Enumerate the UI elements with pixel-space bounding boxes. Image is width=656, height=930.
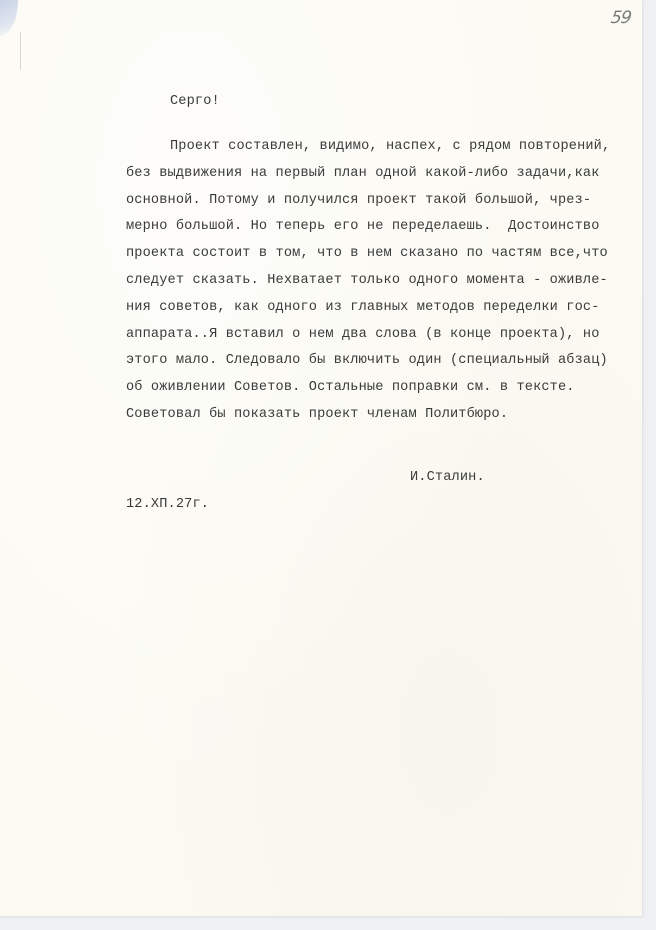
body-line: аппарата..Я вставил о нем два слова (в к… [126, 327, 600, 343]
body-line: Советовал бы показать проект членам Поли… [126, 407, 508, 423]
folio-number: 59 [610, 8, 632, 28]
staple-mark [20, 32, 21, 70]
body-line: основной. Потому и получился проект тако… [126, 193, 591, 209]
page-corner-fold [0, 0, 18, 36]
salutation: Серго! [170, 94, 220, 110]
body-line: Проект составлен, видимо, наспех, с рядо… [170, 139, 610, 155]
body-line: этого мало. Следовало бы включить один (… [126, 353, 608, 369]
body-line: следует сказать. Нехватает только одного… [126, 273, 608, 289]
body-line: проекта состоит в том, что в нем сказано… [126, 246, 608, 262]
body-line: мерно большой. Но теперь его не передела… [126, 219, 600, 235]
letter-date: 12.XП.27г. [126, 497, 209, 513]
body-line: об оживлении Советов. Остальные поправки… [126, 380, 575, 396]
body-line: без выдвижения на первый план одной како… [126, 166, 600, 182]
signature: И.Сталин. [410, 470, 485, 486]
document-page: 59 Серго! Проект составлен, видимо, насп… [0, 0, 642, 916]
body-line: ния советов, как одного из главных метод… [126, 300, 600, 316]
